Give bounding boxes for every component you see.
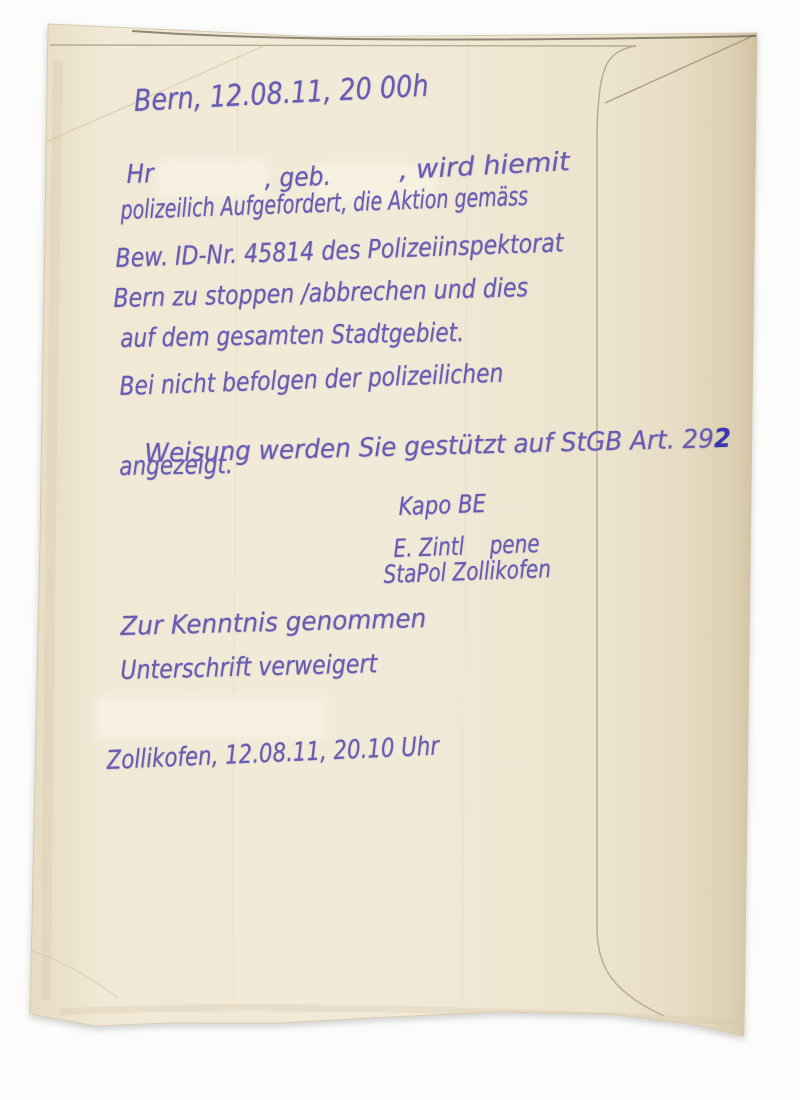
body-line-4: auf dem gesamten Stadtgebiet. [120, 318, 464, 354]
signature-unit: StaPol Zollikofen [383, 554, 551, 589]
scanned-envelope-note: Bern, 12.08.11, 20 00h Hr , geb. , wird … [0, 0, 800, 1100]
redaction-patch-signature [98, 700, 323, 736]
signature-org: Kapo BE [398, 489, 486, 521]
stgb-article-corrected-digit: 2 [713, 424, 731, 454]
addressee-prefix: Hr [126, 159, 154, 190]
warning-line-3: angezeigt. [119, 450, 233, 482]
warning-line-2: Weisung werden Sie gestützt auf StGB Art… [112, 394, 732, 500]
right-edge-shading [688, 28, 760, 1040]
